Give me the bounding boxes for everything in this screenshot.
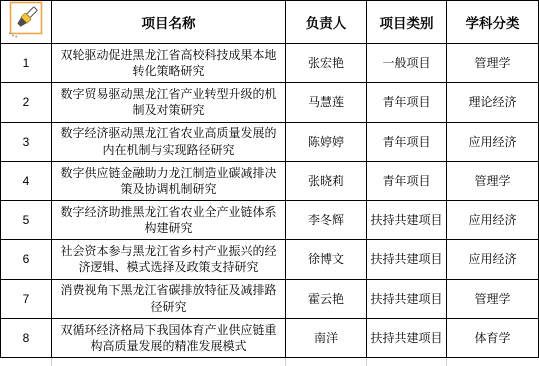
discipline-cell[interactable]: 理论经济 bbox=[447, 83, 539, 122]
row-index-cell[interactable]: 1 bbox=[1, 44, 52, 83]
category-cell[interactable]: 青年项目 bbox=[367, 161, 447, 200]
category-cell[interactable]: 扶持共建项目 bbox=[367, 318, 447, 357]
discipline-cell[interactable]: 应用经济 bbox=[447, 122, 539, 161]
discipline-cell[interactable]: 管理学 bbox=[447, 161, 539, 200]
discipline-cell[interactable]: 管理学 bbox=[447, 279, 539, 318]
project-name-cell[interactable]: 数字经济驱动黑龙江省农业高质量发展的内在机制与实现路径研究 bbox=[52, 122, 286, 161]
table-row: 5数字经济助推黑龙江省农业全产业链体系构建研究李冬辉扶持共建项目应用经济 bbox=[1, 201, 539, 240]
leader-cell[interactable]: 张晓莉 bbox=[286, 161, 367, 200]
category-cell[interactable]: 扶持共建项目 bbox=[367, 279, 447, 318]
gridline-stub bbox=[51, 358, 52, 366]
category-cell[interactable]: 一般项目 bbox=[367, 44, 447, 83]
category-cell[interactable]: 青年项目 bbox=[367, 83, 447, 122]
table-row: 7消费视角下黑龙江省碳排放特征及减排路径研究霍云艳扶持共建项目管理学 bbox=[1, 279, 539, 318]
project-name-cell[interactable]: 数字经济助推黑龙江省农业全产业链体系构建研究 bbox=[52, 201, 286, 240]
project-name-cell[interactable]: 数字供应链金融助力龙江制造业碳减排决策及协调机制研究 bbox=[52, 161, 286, 200]
table-body: 1双轮驱动促进黑龙江省高校科技成果本地转化策略研究张宏艳一般项目管理学2数字贸易… bbox=[1, 44, 539, 358]
gridline-stub bbox=[446, 358, 447, 366]
leader-cell[interactable]: 霍云艳 bbox=[286, 279, 367, 318]
header-cell-leader[interactable]: 负责人 bbox=[286, 1, 367, 44]
header-cell-category[interactable]: 项目类别 bbox=[367, 1, 447, 44]
row-index-cell[interactable]: 2 bbox=[1, 83, 52, 122]
projects-table: 序号 项目名称 负责人 项目类别 学科分类 1双轮驱动促进黑龙江省高校科技成果本… bbox=[0, 0, 539, 358]
row-index-cell[interactable]: 5 bbox=[1, 201, 52, 240]
header-cell-name[interactable]: 项目名称 bbox=[52, 1, 286, 44]
discipline-cell[interactable]: 应用经济 bbox=[447, 201, 539, 240]
table-row: 2数字贸易驱动黑龙江省产业转型升级的机制及对策研究马慧莲青年项目理论经济 bbox=[1, 83, 539, 122]
leader-cell[interactable]: 徐博文 bbox=[286, 240, 367, 279]
table-row: 1双轮驱动促进黑龙江省高校科技成果本地转化策略研究张宏艳一般项目管理学 bbox=[1, 44, 539, 83]
format-painter-icon bbox=[9, 1, 49, 41]
row-index-cell[interactable]: 4 bbox=[1, 161, 52, 200]
table-row: 4数字供应链金融助力龙江制造业碳减排决策及协调机制研究张晓莉青年项目管理学 bbox=[1, 161, 539, 200]
project-name-cell[interactable]: 双轮驱动促进黑龙江省高校科技成果本地转化策略研究 bbox=[52, 44, 286, 83]
gridline-stub bbox=[366, 358, 367, 366]
row-index-cell[interactable]: 7 bbox=[1, 279, 52, 318]
leader-cell[interactable]: 张宏艳 bbox=[286, 44, 367, 83]
row-index-cell[interactable]: 8 bbox=[1, 318, 52, 357]
category-cell[interactable]: 扶持共建项目 bbox=[367, 240, 447, 279]
table-header-row: 序号 项目名称 负责人 项目类别 学科分类 bbox=[1, 1, 539, 44]
project-name-cell[interactable]: 消费视角下黑龙江省碳排放特征及减排路径研究 bbox=[52, 279, 286, 318]
gridline-stub bbox=[285, 358, 286, 366]
project-name-cell[interactable]: 数字贸易驱动黑龙江省产业转型升级的机制及对策研究 bbox=[52, 83, 286, 122]
leader-cell[interactable]: 马慧莲 bbox=[286, 83, 367, 122]
header-cell-discipline[interactable]: 学科分类 bbox=[447, 1, 539, 44]
row-index-cell[interactable]: 6 bbox=[1, 240, 52, 279]
discipline-cell[interactable]: 体育学 bbox=[447, 318, 539, 357]
discipline-cell[interactable]: 管理学 bbox=[447, 44, 539, 83]
project-name-cell[interactable]: 双循环经济格局下我国体育产业供应链重构高质量发展的精准发展模式 bbox=[52, 318, 286, 357]
leader-cell[interactable]: 南洋 bbox=[286, 318, 367, 357]
row-index-cell[interactable]: 3 bbox=[1, 122, 52, 161]
category-cell[interactable]: 扶持共建项目 bbox=[367, 201, 447, 240]
table-row: 6社会资本参与黑龙江省乡村产业振兴的经济逻辑、模式选择及政策支持研究徐博文扶持共… bbox=[1, 240, 539, 279]
leader-cell[interactable]: 陈婷婷 bbox=[286, 122, 367, 161]
table-row: 3数字经济驱动黑龙江省农业高质量发展的内在机制与实现路径研究陈婷婷青年项目应用经… bbox=[1, 122, 539, 161]
leader-cell[interactable]: 李冬辉 bbox=[286, 201, 367, 240]
project-name-cell[interactable]: 社会资本参与黑龙江省乡村产业振兴的经济逻辑、模式选择及政策支持研究 bbox=[52, 240, 286, 279]
category-cell[interactable]: 青年项目 bbox=[367, 122, 447, 161]
discipline-cell[interactable]: 应用经济 bbox=[447, 240, 539, 279]
table-row: 8双循环经济格局下我国体育产业供应链重构高质量发展的精准发展模式南洋扶持共建项目… bbox=[1, 318, 539, 357]
spreadsheet-page: 序号 项目名称 负责人 项目类别 学科分类 1双轮驱动促进黑龙江省高校科技成果本… bbox=[0, 0, 539, 366]
